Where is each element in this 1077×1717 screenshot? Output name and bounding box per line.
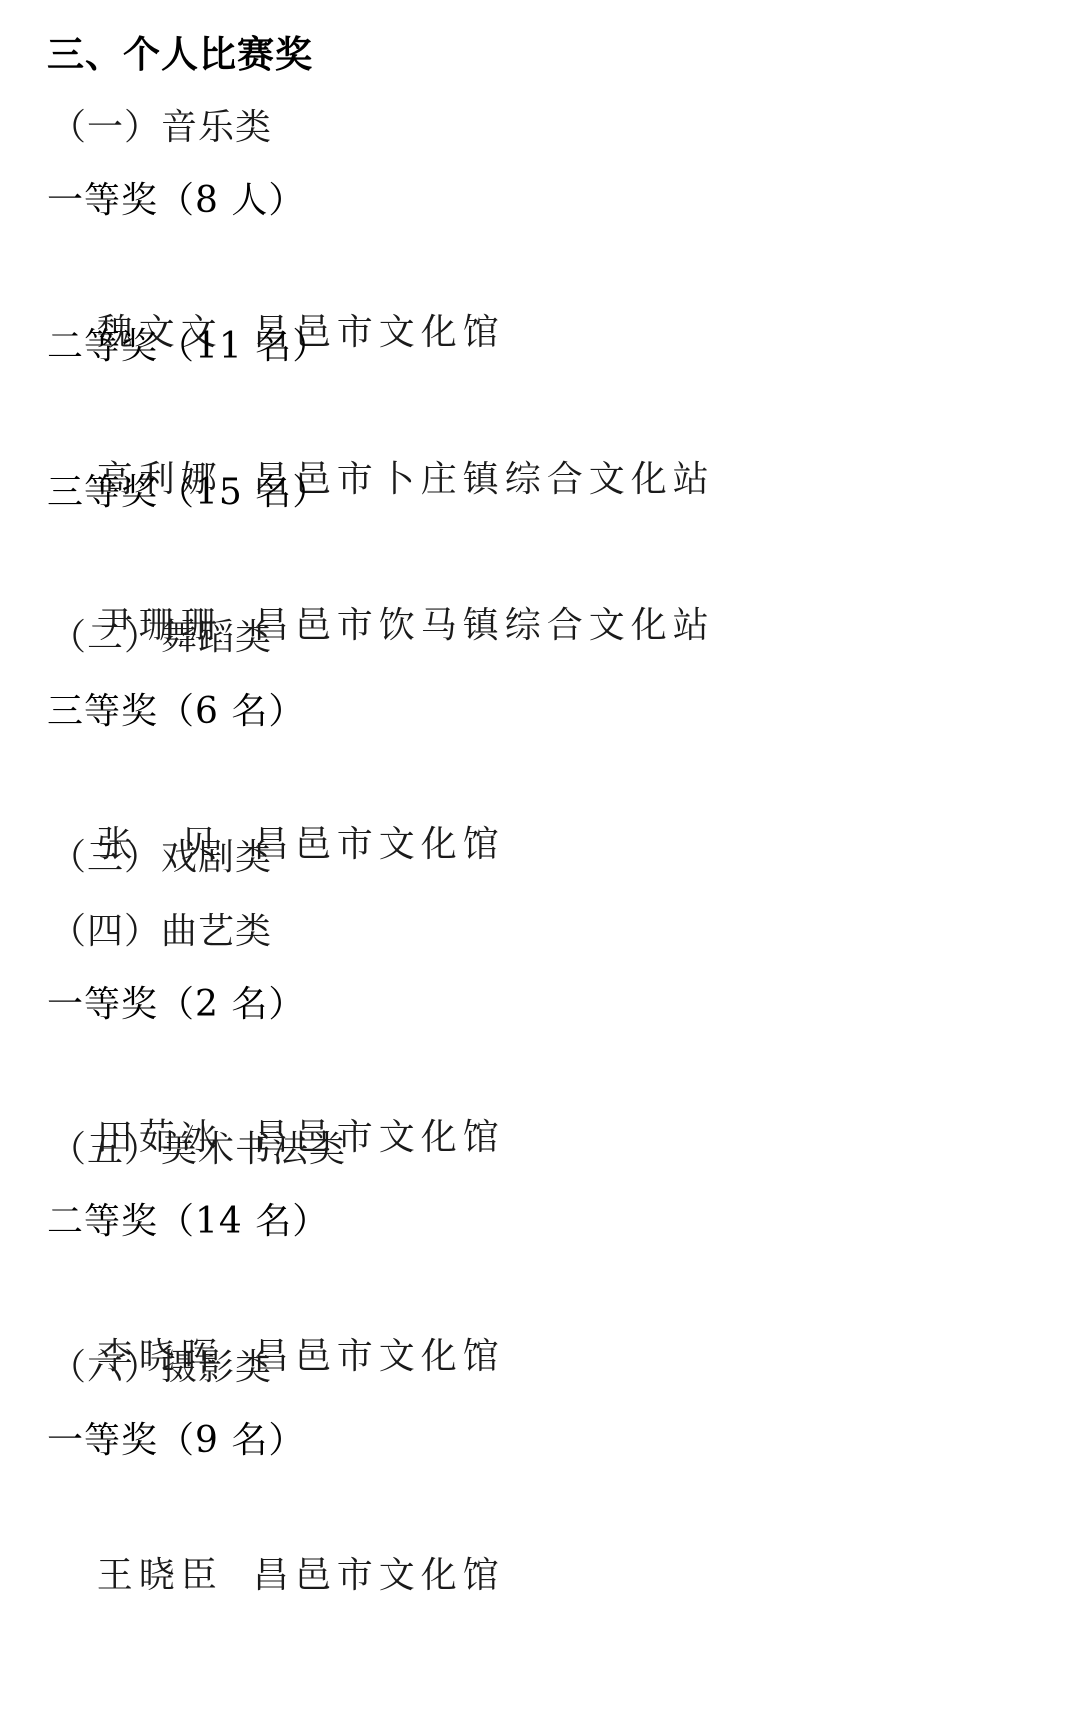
award-title: 一等奖（9 名） — [47, 1411, 305, 1471]
category-heading-fine-arts-calligraphy: （五）美术书法类 — [50, 1120, 346, 1180]
winner-row: 王晓臣昌邑市文化馆 — [47, 1486, 505, 1546]
award-title: 一等奖（2 名） — [47, 975, 305, 1035]
category-heading-quyi: （四）曲艺类 — [50, 902, 272, 962]
category-heading-dance: （二）舞蹈类 — [50, 608, 272, 668]
winner-row: 李晓晖昌邑市文化馆 — [47, 1267, 505, 1327]
winner-name: 王晓臣 — [97, 1546, 253, 1606]
category-heading-music: （一）音乐类 — [50, 98, 272, 158]
award-title: 三等奖（6 名） — [47, 682, 305, 742]
winner-org: 昌邑市文化馆 — [253, 815, 505, 875]
winner-org: 昌邑市饮马镇综合文化站 — [253, 596, 715, 656]
category-heading-photography: （六）摄影类 — [50, 1338, 272, 1398]
document-page: 三、个人比赛奖 （一）音乐类 一等奖（8 人） 魏文文昌邑市文化馆 二等奖（11… — [0, 0, 1077, 1717]
winner-row: 尹珊珊昌邑市饮马镇综合文化站 — [47, 536, 715, 596]
winner-org: 昌邑市文化馆 — [253, 1327, 505, 1387]
award-title: 三等奖（15 名） — [47, 463, 329, 523]
winner-row: 高利娜昌邑市卜庄镇综合文化站 — [47, 390, 715, 450]
award-title: 二等奖（11 名） — [47, 317, 329, 377]
section-title: 三、个人比赛奖 — [47, 25, 313, 85]
award-title: 一等奖（8 人） — [47, 171, 305, 231]
winner-org: 昌邑市文化馆 — [253, 1546, 505, 1606]
category-heading-drama: （三）戏剧类 — [50, 828, 272, 888]
winner-row: 田茹冰昌邑市文化馆 — [47, 1048, 505, 1108]
winner-row: 张 贝昌邑市文化馆 — [47, 755, 505, 815]
winner-row: 魏文文昌邑市文化馆 — [47, 243, 505, 303]
award-title: 二等奖（14 名） — [47, 1192, 329, 1252]
